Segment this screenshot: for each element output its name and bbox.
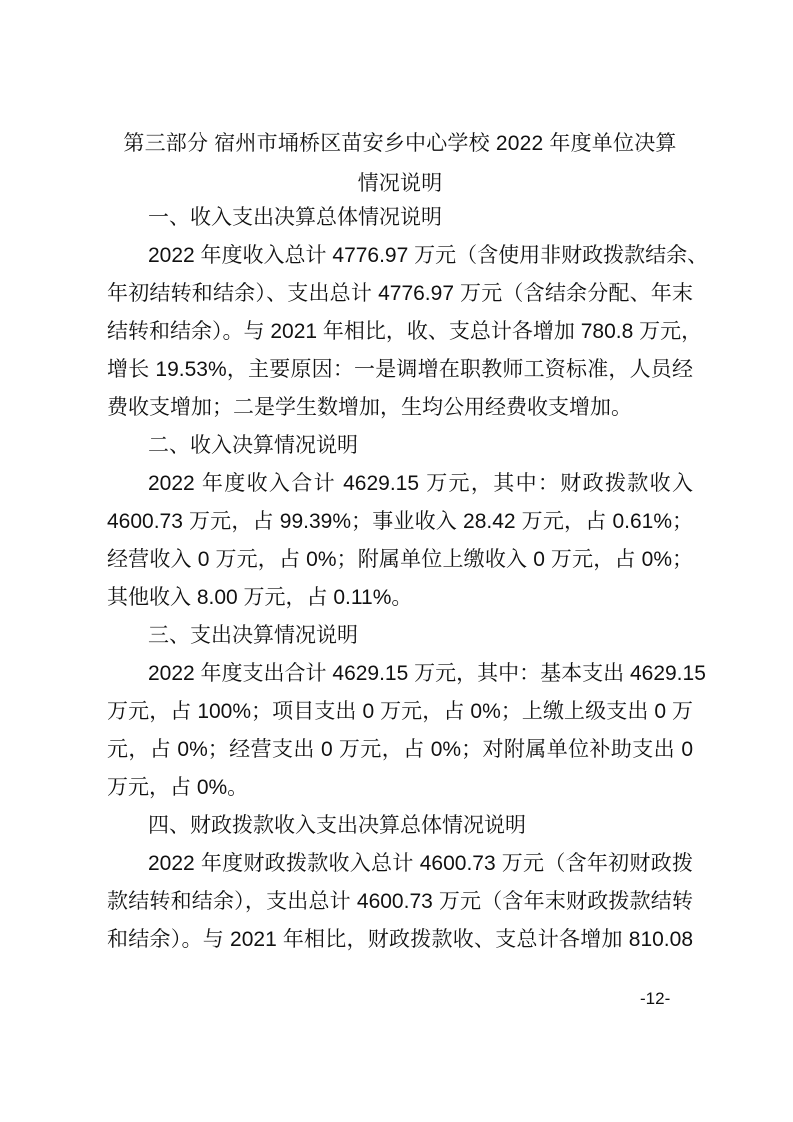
- section-3-paragraph-line: 2022 年度支出合计 4629.15 万元，其中：基本支出 4629.15: [148, 656, 693, 692]
- section-2-paragraph-line: 经营收入 0 万元，占 0%；附属单位上缴收入 0 万元，占 0%；: [107, 542, 693, 578]
- section-2-paragraph-line: 2022 年度收入合计 4629.15 万元，其中：财政拨款收入: [148, 466, 693, 502]
- page-number: -12-: [640, 987, 670, 1011]
- section-4-paragraph-line: 和结余）。与 2021 年相比，财政拨款收、支总计各增加 810.08: [107, 922, 693, 958]
- section-4-paragraph-line: 款结转和结余），支出总计 4600.73 万元（含年末财政拨款结转: [107, 884, 693, 920]
- section-4-heading: 四、财政拨款收入支出决算总体情况说明: [148, 808, 526, 844]
- section-1-heading: 一、收入支出决算总体情况说明: [148, 200, 442, 236]
- section-1-paragraph-line: 增长 19.53%，主要原因：一是调增在职教师工资标准，人员经: [107, 352, 693, 388]
- section-1-paragraph-line: 年初结转和结余）、支出总计 4776.97 万元（含结余分配、年末: [107, 276, 693, 312]
- document-title-line-1: 第三部分 宿州市埇桥区苗安乡中心学校 2022 年度单位决算: [100, 124, 700, 164]
- section-3-paragraph-line: 元，占 0%；经营支出 0 万元，占 0%；对附属单位补助支出 0: [107, 732, 693, 768]
- section-1-paragraph-line: 结转和结余）。与 2021 年相比，收、支总计各增加 780.8 万元，: [107, 314, 693, 350]
- section-4-paragraph-line: 2022 年度财政拨款收入总计 4600.73 万元（含年初财政拨: [148, 846, 693, 882]
- section-2-heading: 二、收入决算情况说明: [148, 428, 358, 464]
- section-2-paragraph-line: 其他收入 8.00 万元，占 0.11%。: [107, 580, 693, 616]
- section-3-paragraph-line: 万元，占 0%。: [107, 770, 693, 806]
- section-2-paragraph-line: 4600.73 万元，占 99.39%；事业收入 28.42 万元，占 0.61…: [107, 504, 693, 540]
- section-3-heading: 三、支出决算情况说明: [148, 618, 358, 654]
- section-3-paragraph-line: 万元，占 100%；项目支出 0 万元，占 0%；上缴上级支出 0 万: [107, 694, 693, 730]
- document-title-line-2: 情况说明: [100, 164, 700, 204]
- section-1-paragraph-line: 费收支增加；二是学生数增加，生均公用经费收支增加。: [107, 390, 693, 426]
- section-1-paragraph-line: 2022 年度收入总计 4776.97 万元（含使用非财政拨款结余、: [148, 238, 693, 274]
- document-page: 第三部分 宿州市埇桥区苗安乡中心学校 2022 年度单位决算 情况说明 一、收入…: [0, 0, 793, 1122]
